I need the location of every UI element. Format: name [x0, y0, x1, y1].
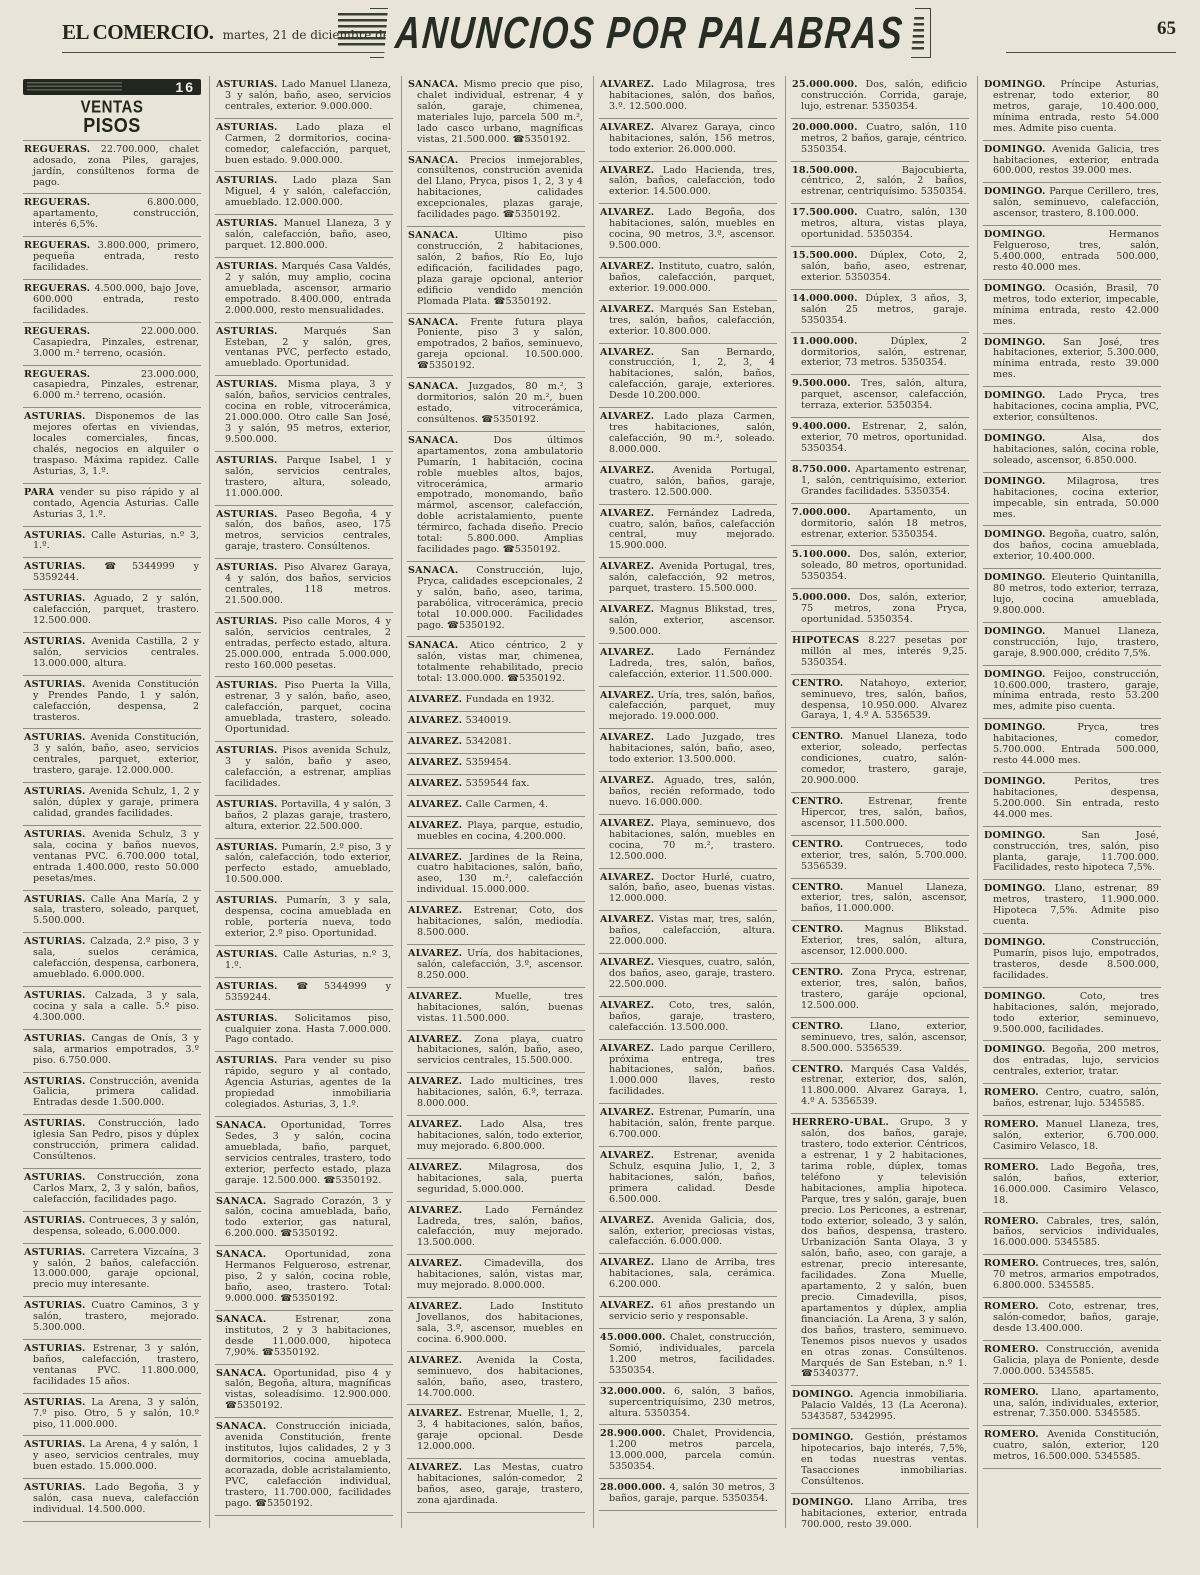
- ad-lead: ALVAREZ.: [600, 1257, 654, 1268]
- classified-ad: ASTURIAS. Calle Ana María, 2 y sala, tra…: [23, 891, 201, 934]
- classified-ad: ALVAREZ. Estrenar, avenida Schulz, esqui…: [599, 1147, 777, 1212]
- classified-ad: ALVAREZ. Lado multicines, tres habitacio…: [407, 1073, 585, 1116]
- section-subcategory: PISOS: [23, 114, 201, 135]
- ad-lead: CENTRO.: [792, 678, 843, 689]
- classified-ad: SANACA. Oportunidad, zona Hermanos Felgu…: [215, 1246, 393, 1311]
- classified-ad: ASTURIAS. Disponemos de las mejores ofer…: [23, 408, 201, 484]
- ad-lead: DOMINGO.: [984, 337, 1045, 348]
- ad-lead: DOMINGO.: [984, 937, 1045, 948]
- classified-ad: SANACA. Construcción, lujo, Pryca, calid…: [407, 562, 585, 638]
- ad-lead: 45.000.000.: [600, 1332, 666, 1343]
- ad-lead: ALVAREZ.: [600, 122, 654, 133]
- ad-lead: 7.000.000.: [792, 507, 851, 518]
- page-title: ANUNCIOS POR PALABRAS: [384, 7, 916, 60]
- ad-lead: DOMINGO.: [984, 476, 1045, 487]
- classified-ad: ALVAREZ. Avenida Galicia, dos, salón, ex…: [599, 1212, 777, 1255]
- classified-ad: ALVAREZ. Alvarez Garaya, cinco habitacio…: [599, 119, 777, 162]
- ad-lead: DOMINGO.: [984, 572, 1045, 583]
- classified-ad: 7.000.000. Apartamento, un dormitorio, s…: [791, 504, 969, 547]
- ad-lead: CENTRO.: [792, 731, 843, 742]
- ad-lead: CENTRO.: [792, 1021, 843, 1032]
- ad-lead: ASTURIAS.: [24, 990, 86, 1001]
- ad-lead: ASTURIAS.: [24, 786, 86, 797]
- ad-lead: ASTURIAS.: [216, 455, 278, 466]
- ad-lead: ASTURIAS.: [24, 679, 86, 690]
- classified-ad: SANACA. Construcción iniciada, avenida C…: [215, 1418, 393, 1515]
- classified-ad: SANACA. Precios inmejorables, consúlteno…: [407, 152, 585, 228]
- classified-ad: CENTRO. Marqués Casa Valdés, estrenar, e…: [791, 1061, 969, 1115]
- ad-lead: 9.400.000.: [792, 421, 851, 432]
- ad-lead: ALVAREZ.: [408, 948, 462, 959]
- classified-ad: ALVAREZ. Uría, dos habitaciones, salón, …: [407, 945, 585, 988]
- ad-lead: ALVAREZ.: [600, 508, 654, 519]
- ad-lead: 18.500.000.: [792, 165, 858, 176]
- ad-lead: SANACA.: [216, 1120, 266, 1131]
- ad-lead: ASTURIAS.: [216, 895, 278, 906]
- classified-ad: 5.100.000. Dos, salón, exterior, soleado…: [791, 546, 969, 589]
- classified-ad: SANACA. Frente futura playa Poniente, pi…: [407, 314, 585, 379]
- classified-ad: SANACA. Oportunidad, piso 4 y salón, Beg…: [215, 1365, 393, 1419]
- classified-ad: ALVAREZ. Lado Fernández Ladreda, tres, s…: [599, 644, 777, 687]
- classified-ad: ALVAREZ. Estrenar, Pumarín, una habitaci…: [599, 1104, 777, 1147]
- classified-ad: ALVAREZ. Lado Milagrosa, tres habitacion…: [599, 76, 777, 119]
- ad-lead: ASTURIAS.: [24, 829, 86, 840]
- classified-ad: ALVAREZ. San Bernardo, construcción, 1, …: [599, 344, 777, 409]
- ad-lead: ASTURIAS.: [216, 509, 278, 520]
- classified-ad: ALVAREZ. Viesques, cuatro, salón, dos ba…: [599, 954, 777, 997]
- classified-ad: ASTURIAS. Marqués Casa Valdés, 2 y salón…: [215, 258, 393, 323]
- ad-lead: ALVAREZ.: [408, 1355, 462, 1366]
- classified-ad: ASTURIAS. Lado Manuel Llaneza, 3 y salón…: [215, 76, 393, 119]
- ad-lead: ASTURIAS.: [24, 1215, 86, 1226]
- ad-lead: SANACA.: [216, 1421, 266, 1432]
- ad-lead: ALVAREZ.: [408, 1076, 462, 1087]
- ad-lead: 20.000.000.: [792, 122, 858, 133]
- ad-lead: ASTURIAS.: [216, 175, 278, 186]
- classified-ad: ROMERO. Centro, cuatro, salón, baños, es…: [983, 1084, 1161, 1116]
- classified-ad: ALVAREZ. Vistas mar, tres, salón, baños,…: [599, 911, 777, 954]
- ad-lead: CENTRO.: [792, 924, 843, 935]
- classified-ad: DOMINGO. Avenida Galicia, tres habitacio…: [983, 141, 1161, 184]
- ad-lead: 5.000.000.: [792, 592, 851, 603]
- classified-ad: DOMINGO. Pryca, tres habitaciones, comed…: [983, 719, 1161, 773]
- classified-ad: SANACA. Sagrado Corazón, 3 y salón, coci…: [215, 1193, 393, 1247]
- classified-ad: REGUERAS. 3.800.000, primero, pequeña en…: [23, 237, 201, 280]
- masthead: EL COMERCIO.: [62, 20, 214, 44]
- ad-lead: SANACA.: [216, 1314, 266, 1325]
- classified-ad: DOMINGO. Milagrosa, tres habitaciones, c…: [983, 473, 1161, 527]
- ad-lead: HIPOTECAS: [792, 635, 859, 646]
- ad-lead: SANACA.: [408, 435, 458, 446]
- ad-lead: CENTRO.: [792, 882, 843, 893]
- classified-ad: ASTURIAS. ☎5344999 y 5359244.: [23, 558, 201, 590]
- classified-ad: REGUERAS. 22.700.000, chalet adosado, zo…: [23, 141, 201, 195]
- classified-ad: ASTURIAS. Estrenar, 3 y salón, baños, ca…: [23, 1340, 201, 1394]
- ad-lead: 9.500.000.: [792, 378, 851, 389]
- classified-ad: DOMINGO. Agencia inmobiliaria. Palacio V…: [791, 1386, 969, 1429]
- classified-ad: ASTURIAS. Piso Alvarez Garaya, 4 y salón…: [215, 559, 393, 613]
- classified-ad: DOMINGO. Lado Pryca, tres habitaciones, …: [983, 387, 1161, 430]
- classified-ad: ALVAREZ. Lado Begoña, dos habitaciones, …: [599, 204, 777, 258]
- classified-ad: ROMERO. Avenida Constitución, cuatro, sa…: [983, 1426, 1161, 1469]
- ad-lead: ALVAREZ.: [600, 1300, 654, 1311]
- classified-ad: ASTURIAS. Manuel Llaneza, 3 y salón, cal…: [215, 215, 393, 258]
- classified-ad: 17.500.000. Cuatro, salón, 130 metros, a…: [791, 204, 969, 247]
- ad-lead: DOMINGO.: [984, 433, 1045, 444]
- classified-ad: ASTURIAS. Lado plaza San Miguel, 4 y sal…: [215, 172, 393, 215]
- ad-lead: ROMERO.: [984, 1429, 1039, 1440]
- ad-lead: ALVAREZ.: [600, 690, 654, 701]
- ad-lead: DOMINGO.: [984, 626, 1045, 637]
- ad-lead: ASTURIAS.: [216, 799, 278, 810]
- ad-lead: ALVAREZ.: [408, 1408, 462, 1419]
- ad-lead: 32.000.000.: [600, 1386, 666, 1397]
- classified-ad: ALVAREZ. Lado Juzgado, tres habitaciones…: [599, 729, 777, 772]
- classified-ad: ALVAREZ. Magnus Blikstad, tres, salón, e…: [599, 601, 777, 644]
- classified-ad: ASTURIAS. Avenida Schulz, 3 y sala, coci…: [23, 826, 201, 891]
- ad-lead: ALVAREZ.: [600, 207, 654, 218]
- ad-lead: ALVAREZ.: [408, 1162, 462, 1173]
- ad-lead: 28.000.000.: [600, 1482, 666, 1493]
- ad-lead: ASTURIAS.: [24, 1439, 86, 1450]
- ad-lead: ASTURIAS.: [24, 936, 86, 947]
- ad-lead: ALVAREZ.: [600, 347, 654, 358]
- classified-ad: DOMINGO. San José, tres habitaciones, ex…: [983, 334, 1161, 388]
- ad-lead: ASTURIAS.: [24, 530, 86, 541]
- classified-ad: DOMINGO. Eleuterio Quintanilla, 80 metro…: [983, 569, 1161, 623]
- ad-lead: ASTURIAS.: [24, 1033, 86, 1044]
- ad-lead: ALVAREZ.: [600, 775, 654, 786]
- classified-ad: 5.000.000. Dos, salón, exterior, 75 metr…: [791, 589, 969, 632]
- classified-ad: ASTURIAS. Solicitamos piso, cualquier zo…: [215, 1010, 393, 1053]
- ad-lead: ROMERO.: [984, 1387, 1039, 1398]
- ad-lead: ASTURIAS.: [24, 636, 86, 647]
- classified-ad: ASTURIAS. Paseo Begoña, 4 y salón, dos b…: [215, 506, 393, 560]
- ad-lead: ALVAREZ.: [600, 465, 654, 476]
- classified-ad: 28.900.000. Chalet, Providencia, 1.200 m…: [599, 1425, 777, 1479]
- classified-ad: ASTURIAS. Avenida Constitución y Prendes…: [23, 676, 201, 730]
- ad-lead: ALVAREZ.: [408, 905, 462, 916]
- ad-lead: HERRERO-UBAL.: [792, 1117, 889, 1128]
- ad-lead: ASTURIAS.: [24, 1172, 86, 1183]
- classified-ad: ASTURIAS. Lado Begoña, 3 y salón, casa n…: [23, 1479, 201, 1522]
- classified-ad: DOMINGO. Llano, estrenar, 89 metros, tra…: [983, 880, 1161, 934]
- column-2: ASTURIAS. Lado Manuel Llaneza, 3 y salón…: [210, 76, 402, 1528]
- ad-lead: ALVAREZ.: [408, 1034, 462, 1045]
- ad-lead: ALVAREZ.: [600, 647, 654, 658]
- ad-lead: DOMINGO.: [792, 1497, 853, 1508]
- ad-lead: ALVAREZ.: [600, 818, 654, 829]
- page-header: ANUNCIOS POR PALABRAS EL COMERCIO. marte…: [0, 0, 1200, 70]
- ad-lead: ASTURIAS.: [216, 842, 278, 853]
- classified-ad: ALVAREZ. Llano de Arriba, tres habitacio…: [599, 1254, 777, 1297]
- ad-lead: CENTRO.: [792, 839, 843, 850]
- classified-ad: 9.400.000. Estrenar, 2, salón, exterior,…: [791, 418, 969, 461]
- classified-ad: ALVAREZ. Jardines de la Reina, cuatro ha…: [407, 849, 585, 903]
- classified-ad: ROMERO. Construcción, avenida Galicia, p…: [983, 1341, 1161, 1384]
- classified-ad: ASTURIAS. Construcción, avenida Galicia,…: [23, 1073, 201, 1116]
- column-5: 25.000.000. Dos, salón, edificio constru…: [786, 76, 978, 1528]
- ad-lead: DOMINGO.: [984, 722, 1045, 733]
- classified-ad: ALVAREZ. Lado plaza Carmen, tres habitac…: [599, 408, 777, 462]
- classified-ad: DOMINGO. Hermanos Felgueroso, tres, saló…: [983, 226, 1161, 280]
- classified-ad: ALVAREZ. Instituto, cuatro, salón, baños…: [599, 258, 777, 301]
- classified-ad: ROMERO. Coto, estrenar, tres, salón-come…: [983, 1298, 1161, 1341]
- section-number: 16: [175, 79, 195, 95]
- classified-ad: ROMERO. Contrueces, tres, salón, 70 metr…: [983, 1255, 1161, 1298]
- classified-ad: ALVAREZ. Coto, tres, salón, baños, garaj…: [599, 997, 777, 1040]
- ad-lead: ALVAREZ.: [408, 715, 462, 726]
- classified-ad: ALVAREZ. 5359544 fax.: [407, 775, 585, 796]
- classified-ad: ALVAREZ. Playa, seminuevo, dos habitacio…: [599, 815, 777, 869]
- ad-lead: ALVAREZ.: [600, 732, 654, 743]
- ad-lead: ALVAREZ.: [408, 736, 462, 747]
- classified-ad: ALVAREZ. Lado Fernández Ladreda, tres, s…: [407, 1202, 585, 1256]
- classified-ad: ALVAREZ. Muelle, tres habitaciones, saló…: [407, 988, 585, 1031]
- ad-lead: ASTURIAS.: [216, 745, 278, 756]
- classified-ad: DOMINGO. Llano Arriba, tres habitaciones…: [791, 1494, 969, 1528]
- ad-lead: 8.750.000.: [792, 464, 851, 475]
- classified-ad: ALVAREZ. Zona playa, cuatro habitaciones…: [407, 1031, 585, 1074]
- ad-lead: ROMERO.: [984, 1087, 1039, 1098]
- ad-lead: ASTURIAS.: [216, 218, 278, 229]
- classified-ad: CENTRO. Manuel Llaneza, exterior, tres, …: [791, 879, 969, 922]
- ad-lead: ASTURIAS.: [216, 79, 278, 90]
- ad-lead: ALVAREZ.: [408, 1258, 462, 1269]
- column-1: 16 VENTAS PISOS REGUERAS. 22.700.000, ch…: [18, 76, 210, 1528]
- classified-ad: ASTURIAS. Contrueces, 3 y salón, despens…: [23, 1212, 201, 1244]
- classified-ad: ASTURIAS. Pumarín, 2.º piso, 3 y salón, …: [215, 839, 393, 893]
- classified-ad: ROMERO. Manuel Llaneza, tres, salón, ext…: [983, 1116, 1161, 1159]
- ad-lead: ALVAREZ.: [408, 1301, 462, 1312]
- ad-lead: ASTURIAS.: [24, 1076, 86, 1087]
- ad-lead: ASTURIAS.: [24, 1343, 86, 1354]
- ad-lead: SANACA.: [216, 1196, 266, 1207]
- classified-ad: ASTURIAS. Marqués San Esteban, 2 y salón…: [215, 323, 393, 377]
- ad-lead: ALVAREZ.: [600, 304, 654, 315]
- classified-ad: ALVAREZ. Uría, tres, salón, baños, calef…: [599, 687, 777, 730]
- classified-ad: 45.000.000. Chalet, construcción, Somió,…: [599, 1329, 777, 1383]
- ad-lead: ALVAREZ.: [600, 79, 654, 90]
- ad-lead: SANACA.: [408, 155, 458, 166]
- column-6: DOMINGO. Príncipe Asturias, estrenar, to…: [978, 76, 1169, 1528]
- classifieds-columns: 16 VENTAS PISOS REGUERAS. 22.700.000, ch…: [0, 70, 1200, 1528]
- classified-ad: ASTURIAS. Calzada, 3 y sala, cocina y sa…: [23, 987, 201, 1030]
- ad-lead: DOMINGO.: [984, 186, 1045, 197]
- ad-lead: ASTURIAS.: [216, 122, 278, 133]
- ad-lead: ALVAREZ.: [600, 165, 654, 176]
- ad-lead: ASTURIAS.: [216, 949, 278, 960]
- classified-ad: SANACA. Atico céntrico, 2 y salón, vista…: [407, 637, 585, 691]
- classified-ad: ALVAREZ. Avenida la Costa, seminuevo, do…: [407, 1352, 585, 1406]
- ad-lead: ASTURIAS.: [216, 680, 278, 691]
- ad-lead: DOMINGO.: [984, 529, 1045, 540]
- ad-lead: ASTURIAS.: [216, 616, 278, 627]
- ad-lead: DOMINGO.: [984, 830, 1045, 841]
- ad-lead: ALVAREZ.: [600, 957, 654, 968]
- classified-ad: ALVAREZ. Lado Hacienda, tres, salón, bañ…: [599, 162, 777, 205]
- ad-lead: ALVAREZ.: [408, 991, 462, 1002]
- classified-ad: DOMINGO. Parque Cerillero, tres, salón, …: [983, 183, 1161, 226]
- classified-ad: ALVAREZ. Doctor Hurlé, cuatro, salón, ba…: [599, 869, 777, 912]
- ad-lead: ALVAREZ.: [600, 1000, 654, 1011]
- ad-lead: ALVAREZ.: [600, 914, 654, 925]
- ad-lead: SANACA.: [216, 1249, 266, 1260]
- classified-ad: HIPOTECAS 8.227 pesetas por millón al me…: [791, 632, 969, 675]
- ad-lead: REGUERAS.: [24, 369, 90, 380]
- ad-lead: ASTURIAS.: [216, 261, 278, 272]
- ad-lead: DOMINGO.: [792, 1389, 853, 1400]
- ad-lead: DOMINGO.: [984, 883, 1045, 894]
- ad-lead: ALVAREZ.: [408, 799, 462, 810]
- classified-ad: ASTURIAS. Calle Asturias, n.º 3, 1.º.: [23, 527, 201, 559]
- ad-lead: 28.900.000.: [600, 1428, 666, 1439]
- ad-lead: ASTURIAS.: [216, 562, 278, 573]
- ad-lead: ROMERO.: [984, 1119, 1039, 1130]
- classified-ad: DOMINGO. San José, construcción, tres, s…: [983, 827, 1161, 881]
- ad-lead: SANACA.: [408, 230, 458, 241]
- ad-lead: ASTURIAS.: [216, 1055, 278, 1066]
- classified-ad: DOMINGO. Feijoo, construcción, 10.600.00…: [983, 666, 1161, 720]
- classified-ad: SANACA. Mismo precio que piso, chalet in…: [407, 76, 585, 152]
- classified-ad: DOMINGO. Begoña, cuatro, salón, dos baño…: [983, 526, 1161, 569]
- classified-ad: DOMINGO. Ocasión, Brasil, 70 metros, tod…: [983, 280, 1161, 334]
- classified-ad: ALVAREZ. Lado Instituto Jovellanos, dos …: [407, 1298, 585, 1352]
- classified-ad: 14.000.000. Dúplex, 3 años, 3, salón 25 …: [791, 290, 969, 333]
- ad-lead: ALVAREZ.: [408, 1205, 462, 1216]
- classified-ad: 11.000.000. Dúplex, 2 dormitorios, salón…: [791, 333, 969, 376]
- ad-lead: ALVAREZ.: [408, 757, 462, 768]
- ad-lead: ASTURIAS.: [24, 593, 86, 604]
- classified-ad: ASTURIAS. Avenida Constitución, 3 y saló…: [23, 729, 201, 783]
- ad-lead: ALVAREZ.: [600, 872, 654, 883]
- classified-ad: ALVAREZ. 5342081.: [407, 733, 585, 754]
- classified-ad: CENTRO. Magnus Blikstad. Exterior, tres,…: [791, 921, 969, 964]
- classified-ad: ALVAREZ. Cimadevilla, dos habitaciones, …: [407, 1255, 585, 1298]
- ad-lead: DOMINGO.: [984, 776, 1045, 787]
- classified-ad: REGUERAS. 22.000.000. Casapiedra, Pinzal…: [23, 323, 201, 366]
- ad-lead: ALVAREZ.: [408, 778, 462, 789]
- classified-ad: ALVAREZ. Avenida Portugal, tres, salón, …: [599, 558, 777, 601]
- classified-ad: ASTURIAS. Pisos avenida Schulz, 3 y saló…: [215, 742, 393, 796]
- ad-lead: REGUERAS.: [24, 326, 90, 337]
- classified-ad: ALVAREZ. Lado parque Cerillero, próxima …: [599, 1040, 777, 1105]
- classified-ad: REGUERAS. 23.000.000, casapiedra, Pinzal…: [23, 366, 201, 409]
- ad-lead: 11.000.000.: [792, 336, 858, 347]
- classified-ad: ASTURIAS. Calzada, 2.º piso, 3 y sala, s…: [23, 933, 201, 987]
- classified-ad: ASTURIAS. Misma playa, 3 y salón, baños,…: [215, 376, 393, 452]
- ad-lead: ASTURIAS.: [24, 1482, 86, 1493]
- classified-ad: ALVAREZ. Fundada en 1932.: [407, 691, 585, 712]
- classified-ad: ASTURIAS. Carretera Vizcaína, 3 y salón,…: [23, 1244, 201, 1298]
- ad-lead: ASTURIAS.: [24, 1397, 86, 1408]
- ad-lead: 25.000.000.: [792, 79, 858, 90]
- classified-ad: CENTRO. Estrenar, frente Hipercor, tres,…: [791, 793, 969, 836]
- classified-ad: 25.000.000. Dos, salón, edificio constru…: [791, 76, 969, 119]
- classified-ad: ALVAREZ. Avenida Portugal, cuatro, salón…: [599, 462, 777, 505]
- classified-ad: DOMINGO. Príncipe Asturias, estrenar, to…: [983, 76, 1161, 141]
- ad-lead: ALVAREZ.: [600, 261, 654, 272]
- classified-ad: CENTRO. Llano, exterior, seminuevo, tres…: [791, 1018, 969, 1061]
- ad-lead: ASTURIAS.: [216, 326, 278, 337]
- classified-ad: ROMERO. Lado Begoña, tres, salón, baños,…: [983, 1159, 1161, 1213]
- ad-lead: ROMERO.: [984, 1162, 1039, 1173]
- ad-lead: ALVAREZ.: [600, 604, 654, 615]
- ad-lead: DOMINGO.: [984, 229, 1045, 240]
- ad-lead: 15.500.000.: [792, 250, 858, 261]
- classified-ad: DOMINGO. Begoña, 200 metros, dos entrada…: [983, 1041, 1161, 1084]
- ad-lead: REGUERAS.: [24, 197, 90, 208]
- classified-ad: ASTURIAS. La Arena, 3 y salón, 7.º piso.…: [23, 1394, 201, 1437]
- ad-lead: 14.000.000.: [792, 293, 858, 304]
- classified-ad: ALVAREZ. Marqués San Esteban, tres, saló…: [599, 301, 777, 344]
- ad-lead: SANACA.: [408, 317, 458, 328]
- ad-lead: DOMINGO.: [984, 283, 1045, 294]
- ad-lead: ALVAREZ.: [408, 820, 462, 831]
- classified-ad: 20.000.000. Cuatro, salón, 110 metros, 2…: [791, 119, 969, 162]
- classified-ad: CENTRO. Contrueces, todo exterior, tres,…: [791, 836, 969, 879]
- ad-lead: ASTURIAS.: [24, 894, 86, 905]
- ad-lead: REGUERAS.: [24, 283, 90, 294]
- classified-ad: ASTURIAS. Piso Puerta la Villa, estrenar…: [215, 677, 393, 742]
- ad-lead: DOMINGO.: [984, 1044, 1045, 1055]
- ad-lead: ALVAREZ.: [600, 1107, 654, 1118]
- classified-ad: ASTURIAS. Lado plaza el Carmen, 2 dormit…: [215, 119, 393, 173]
- classified-ad: DOMINGO. Alsa, dos habitaciones, salón, …: [983, 430, 1161, 473]
- classified-ad: PARA vender su piso rápido y al contado,…: [23, 484, 201, 527]
- ad-lead: DOMINGO.: [984, 144, 1045, 155]
- ad-lead: SANACA.: [408, 565, 458, 576]
- classified-ad: DOMINGO. Gestión, préstamos hipotecarios…: [791, 1429, 969, 1494]
- classified-ad: DOMINGO. Peritos, tres habitaciones, des…: [983, 773, 1161, 827]
- classified-ad: ALVAREZ. 5340019.: [407, 712, 585, 733]
- classified-ad: REGUERAS. 6.800.000, apartamento, constr…: [23, 194, 201, 237]
- classified-ad: 8.750.000. Apartamento estrenar, 1, saló…: [791, 461, 969, 504]
- classified-ad: ALVAREZ. Fernández Ladreda, cuatro, saló…: [599, 505, 777, 559]
- classified-ad: ROMERO. Llano, apartamento, una, salón, …: [983, 1384, 1161, 1427]
- ad-lead: ROMERO.: [984, 1258, 1039, 1269]
- ad-lead: CENTRO.: [792, 796, 843, 807]
- ad-lead: ROMERO.: [984, 1344, 1039, 1355]
- classified-ad: ASTURIAS. Para vender su piso rápido, se…: [215, 1052, 393, 1117]
- classified-ad: ALVAREZ. 5359454.: [407, 754, 585, 775]
- classified-ad: 28.000.000. 4, salón 30 metros, 3 baños,…: [599, 1479, 777, 1511]
- classified-ad: ASTURIAS. Avenida Schulz, 1, 2 y salón, …: [23, 783, 201, 826]
- classified-ad: ALVAREZ. Playa, parque, estudio, muebles…: [407, 817, 585, 849]
- classified-ad: ASTURIAS. Cuatro Caminos, 3 y salón, tra…: [23, 1297, 201, 1340]
- classified-ad: DOMINGO. Construcción, Pumarín, pisos lu…: [983, 934, 1161, 988]
- classified-ad: CENTRO. Zona Pryca, estrenar, exterior, …: [791, 964, 969, 1018]
- classified-ad: 32.000.000. 6, salón, 3 baños, supercent…: [599, 1383, 777, 1426]
- classified-ad: HERRERO-UBAL. Grupo, 3 y salón, dos baño…: [791, 1114, 969, 1386]
- ad-lead: ASTURIAS.: [216, 379, 278, 390]
- classified-ad: ASTURIAS. ☎5344999 y 5359244.: [215, 978, 393, 1010]
- ad-lead: REGUERAS.: [24, 240, 90, 251]
- classified-ad: ASTURIAS. Avenida Castilla, 2 y salón, s…: [23, 633, 201, 676]
- ad-lead: ASTURIAS.: [216, 1013, 278, 1024]
- classified-ad: ASTURIAS. Construcción, lado iglesia San…: [23, 1115, 201, 1169]
- classified-ad: DOMINGO. Coto, tres habitaciones, salón,…: [983, 988, 1161, 1042]
- classified-ad: DOMINGO. Manuel Llaneza, construcción, l…: [983, 623, 1161, 666]
- ad-lead: ALVAREZ.: [408, 1119, 462, 1130]
- ad-lead: 5.100.000.: [792, 549, 851, 560]
- ad-lead: DOMINGO.: [984, 991, 1045, 1002]
- ad-lead: SANACA.: [408, 381, 458, 392]
- classified-ad: ASTURIAS. Cangas de Onís, 3 y sala, arma…: [23, 1030, 201, 1073]
- ad-lead: DOMINGO.: [984, 390, 1045, 401]
- classified-ad: SANACA. Dos últimos apartamentos, zona a…: [407, 432, 585, 562]
- classified-ad: ALVAREZ. Aguado, tres, salón, baños, rec…: [599, 772, 777, 815]
